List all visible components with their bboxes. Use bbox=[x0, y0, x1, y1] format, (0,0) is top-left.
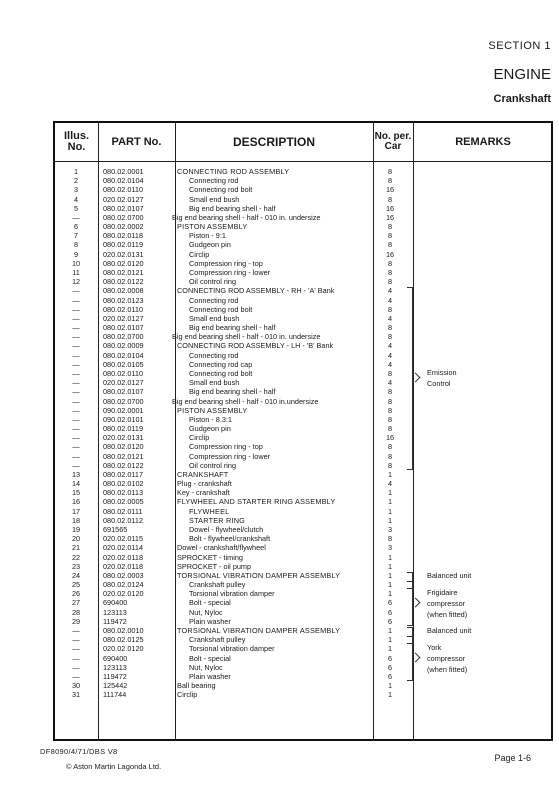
description: Connecting rod bolt bbox=[177, 305, 252, 314]
qty-per-car: 4 bbox=[375, 378, 405, 387]
part-no: 020.02.0131 bbox=[103, 433, 173, 442]
part-no: 111744 bbox=[103, 690, 173, 699]
qty-per-car: 4 bbox=[375, 286, 405, 295]
table-row: —080.02.0700Big end bearing shell - half… bbox=[55, 397, 551, 406]
part-no: 080.02.0008 bbox=[103, 286, 173, 295]
part-no: 020.02.0118 bbox=[103, 562, 173, 571]
part-no: 080.02.0111 bbox=[103, 507, 173, 516]
copyright: © Aston Martin Lagonda Ltd. bbox=[66, 762, 161, 771]
qty-per-car: 8 bbox=[375, 231, 405, 240]
illus-no: 2 bbox=[55, 176, 97, 185]
illus-no: 18 bbox=[55, 516, 97, 525]
part-no: 080.02.0120 bbox=[103, 259, 173, 268]
col-header-illus: Illus.No. bbox=[55, 123, 98, 161]
qty-per-car: 1 bbox=[375, 644, 405, 653]
part-no: 125442 bbox=[103, 681, 173, 690]
description: Big end bearing shell - half bbox=[177, 204, 275, 213]
description: Oil control ring bbox=[177, 277, 236, 286]
part-no: 020.02.0120 bbox=[103, 589, 173, 598]
illus-no: 24 bbox=[55, 571, 97, 580]
illus-no: — bbox=[55, 378, 97, 387]
description: FLYWHEEL AND STARTER RING ASSEMBLY bbox=[177, 497, 335, 506]
table-row: —090.02.0001PISTON ASSEMBLY8 bbox=[55, 406, 551, 415]
table-row: 9020.02.0131Circlip16 bbox=[55, 250, 551, 259]
part-no: 020.02.0120 bbox=[103, 644, 173, 653]
table-row: —080.02.0700Big end bearing shell - half… bbox=[55, 332, 551, 341]
part-no: 080.02.0118 bbox=[103, 231, 173, 240]
part-no: 080.02.0005 bbox=[103, 497, 173, 506]
description: STARTER RING bbox=[177, 516, 245, 525]
part-no: 020.02.0127 bbox=[103, 314, 173, 323]
illus-no: 1 bbox=[55, 167, 97, 176]
description: TORSIONAL VIBRATION DAMPER ASSEMBLY bbox=[177, 626, 340, 635]
part-no: 020.02.0114 bbox=[103, 543, 173, 552]
table-row: —080.02.0121Compression ring - lower8 bbox=[55, 452, 551, 461]
illus-no: 21 bbox=[55, 543, 97, 552]
illus-no: 25 bbox=[55, 580, 97, 589]
illus-no: 8 bbox=[55, 240, 97, 249]
illus-no: 31 bbox=[55, 690, 97, 699]
description: Bolt - flywheel/crankshaft bbox=[177, 534, 270, 543]
table-row: 31111744Circlip1 bbox=[55, 690, 551, 699]
table-row: —123113Nut, Nyloc6 bbox=[55, 663, 551, 672]
qty-per-car: 1 bbox=[375, 497, 405, 506]
description: SPROCKET - timing bbox=[177, 553, 243, 562]
part-no: 020.02.0127 bbox=[103, 378, 173, 387]
qty-per-car: 8 bbox=[375, 424, 405, 433]
description: Big end bearing shell - half - 010 in. u… bbox=[172, 332, 320, 341]
col-header-description: DESCRIPTION bbox=[175, 123, 373, 161]
description: Crankshaft pulley bbox=[177, 580, 245, 589]
part-no: 123113 bbox=[103, 608, 173, 617]
part-no: 123113 bbox=[103, 663, 173, 672]
illus-no: 5 bbox=[55, 204, 97, 213]
table-row: —080.02.0700Big end bearing shell - half… bbox=[55, 213, 551, 222]
part-no: 020.02.0118 bbox=[103, 553, 173, 562]
table-row: 26020.02.0120Torsional vibration damper1 bbox=[55, 589, 551, 598]
part-no: 080.02.0112 bbox=[103, 516, 173, 525]
qty-per-car: 4 bbox=[375, 360, 405, 369]
illus-no: 3 bbox=[55, 185, 97, 194]
illus-no: — bbox=[55, 654, 97, 663]
qty-per-car: 8 bbox=[375, 240, 405, 249]
table-row: —020.02.0131Circlip16 bbox=[55, 433, 551, 442]
illus-no: 10 bbox=[55, 259, 97, 268]
table-row: 1080.02.0001CONNECTING ROD ASSEMBLY8 bbox=[55, 167, 551, 176]
part-no: 080.02.0121 bbox=[103, 452, 173, 461]
illus-no: 17 bbox=[55, 507, 97, 516]
table-row: —080.02.0110Connecting rod bolt8 bbox=[55, 369, 551, 378]
illus-no: 11 bbox=[55, 268, 97, 277]
table-row: 27690400Bolt - special6 bbox=[55, 598, 551, 607]
qty-per-car: 1 bbox=[375, 589, 405, 598]
bracket bbox=[407, 572, 413, 589]
table-row: —080.02.0105Connecting rod cap4 bbox=[55, 360, 551, 369]
description: Dowel - crankshaft/flywheel bbox=[177, 543, 266, 552]
remark: Balanced unit bbox=[427, 570, 471, 581]
table-row: 15080.02.0113Key - crankshaft1 bbox=[55, 488, 551, 497]
description: Small end bush bbox=[177, 314, 239, 323]
description: Compression ring - top bbox=[177, 442, 263, 451]
table-row: —080.02.0125Crankshaft pulley1 bbox=[55, 635, 551, 644]
illus-no: — bbox=[55, 406, 97, 415]
qty-per-car: 3 bbox=[375, 525, 405, 534]
qty-per-car: 1 bbox=[375, 488, 405, 497]
illus-no: 15 bbox=[55, 488, 97, 497]
description: Connecting rod bolt bbox=[177, 369, 252, 378]
illus-no: — bbox=[55, 305, 97, 314]
illus-no: — bbox=[55, 415, 97, 424]
qty-per-car: 1 bbox=[375, 470, 405, 479]
part-no: 090.02.0101 bbox=[103, 415, 173, 424]
description: CONNECTING ROD ASSEMBLY - LH - 'B' Bank bbox=[177, 341, 333, 350]
qty-per-car: 8 bbox=[375, 332, 405, 341]
part-no: 020.02.0115 bbox=[103, 534, 173, 543]
part-no: 020.02.0127 bbox=[103, 195, 173, 204]
illus-no: 26 bbox=[55, 589, 97, 598]
illus-no: — bbox=[55, 286, 97, 295]
qty-per-car: 4 bbox=[375, 296, 405, 305]
qty-per-car: 4 bbox=[375, 351, 405, 360]
part-no: 080.02.0700 bbox=[103, 332, 173, 341]
illus-no: 20 bbox=[55, 534, 97, 543]
part-no: 080.02.0122 bbox=[103, 277, 173, 286]
table-row: —690400Bolt - special6 bbox=[55, 654, 551, 663]
remark: Balanced unit bbox=[427, 625, 471, 636]
description: Connecting rod bbox=[177, 351, 239, 360]
qty-per-car: 8 bbox=[375, 534, 405, 543]
qty-per-car: 1 bbox=[375, 690, 405, 699]
illus-no: 23 bbox=[55, 562, 97, 571]
table-row: —080.02.0104Connecting rod4 bbox=[55, 351, 551, 360]
table-row: 12080.02.0122Oil control ring8 bbox=[55, 277, 551, 286]
description: SPROCKET - oil pump bbox=[177, 562, 251, 571]
table-row: 4020.02.0127Small end bush8 bbox=[55, 195, 551, 204]
section-label: SECTION 1 bbox=[488, 40, 551, 52]
bracket bbox=[407, 627, 413, 644]
illus-no: — bbox=[55, 314, 97, 323]
qty-per-car: 16 bbox=[375, 213, 405, 222]
description: Compression ring - lower bbox=[177, 268, 270, 277]
description: Big end bearing shell - half - 010 in.un… bbox=[172, 397, 318, 406]
part-no: 080.02.0113 bbox=[103, 488, 173, 497]
illus-no: — bbox=[55, 341, 97, 350]
illus-no: — bbox=[55, 626, 97, 635]
illus-no: 7 bbox=[55, 231, 97, 240]
table-row: 17080.02.0111FLYWHEEL1 bbox=[55, 507, 551, 516]
illus-no: — bbox=[55, 332, 97, 341]
description: PISTON ASSEMBLY bbox=[177, 222, 247, 231]
description: Circlip bbox=[177, 250, 209, 259]
qty-per-car: 8 bbox=[375, 222, 405, 231]
document-code: DF8090/4/71/DBS V8 bbox=[40, 747, 118, 756]
table-row: 10080.02.0120Compression ring - top8 bbox=[55, 259, 551, 268]
description: Torsional vibration damper bbox=[177, 589, 275, 598]
table-row: 14080.02.0102Plug - crankshaft4 bbox=[55, 479, 551, 488]
table-row: 24080.02.0003TORSIONAL VIBRATION DAMPER … bbox=[55, 571, 551, 580]
table-row: 25080.02.0124Crankshaft pulley1 bbox=[55, 580, 551, 589]
illus-no: 4 bbox=[55, 195, 97, 204]
part-no: 080.02.0105 bbox=[103, 360, 173, 369]
description: Dowel - flywheel/clutch bbox=[177, 525, 263, 534]
description: TORSIONAL VIBRATION DAMPER ASSEMBLY bbox=[177, 571, 340, 580]
description: Gudgeon pin bbox=[177, 240, 231, 249]
part-no: 080.02.0123 bbox=[103, 296, 173, 305]
qty-per-car: 16 bbox=[375, 433, 405, 442]
part-no: 119472 bbox=[103, 617, 173, 626]
part-no: 080.02.0117 bbox=[103, 470, 173, 479]
part-no: 080.02.0003 bbox=[103, 571, 173, 580]
description: Crankshaft pulley bbox=[177, 635, 245, 644]
part-no: 080.02.0010 bbox=[103, 626, 173, 635]
part-no: 080.02.0002 bbox=[103, 222, 173, 231]
part-no: 080.02.0009 bbox=[103, 341, 173, 350]
description: CONNECTING ROD ASSEMBLY bbox=[177, 167, 289, 176]
description: Oil control ring bbox=[177, 461, 236, 470]
qty-per-car: 4 bbox=[375, 314, 405, 323]
part-no: 119472 bbox=[103, 672, 173, 681]
part-no: 080.02.0124 bbox=[103, 580, 173, 589]
remark: Yorkcompressor(when fitted) bbox=[427, 642, 467, 675]
part-no: 080.02.0700 bbox=[103, 213, 173, 222]
remark: EmissionControl bbox=[427, 367, 457, 389]
description: FLYWHEEL bbox=[177, 507, 229, 516]
description: Big end bearing shell - half bbox=[177, 323, 275, 332]
illus-no: — bbox=[55, 663, 97, 672]
qty-per-car: 8 bbox=[375, 387, 405, 396]
table-row: 16080.02.0005FLYWHEEL AND STARTER RING A… bbox=[55, 497, 551, 506]
illus-no: 14 bbox=[55, 479, 97, 488]
qty-per-car: 6 bbox=[375, 617, 405, 626]
part-no: 080.02.0107 bbox=[103, 387, 173, 396]
description: Big end bearing shell - half - 010 in. u… bbox=[172, 213, 320, 222]
part-no: 080.02.0125 bbox=[103, 635, 173, 644]
qty-per-car: 1 bbox=[375, 626, 405, 635]
description: Plug - crankshaft bbox=[177, 479, 232, 488]
qty-per-car: 8 bbox=[375, 176, 405, 185]
description: Compression ring - lower bbox=[177, 452, 270, 461]
illus-no: 30 bbox=[55, 681, 97, 690]
part-no: 690400 bbox=[103, 654, 173, 663]
illus-no: — bbox=[55, 387, 97, 396]
illus-no: — bbox=[55, 452, 97, 461]
qty-per-car: 8 bbox=[375, 259, 405, 268]
table-row: —020.02.0127Small end bush4 bbox=[55, 378, 551, 387]
qty-per-car: 8 bbox=[375, 268, 405, 277]
description: Connecting rod bbox=[177, 176, 239, 185]
qty-per-car: 1 bbox=[375, 580, 405, 589]
qty-per-car: 8 bbox=[375, 452, 405, 461]
table-row: 22020.02.0118SPROCKET - timing1 bbox=[55, 553, 551, 562]
illus-no: — bbox=[55, 461, 97, 470]
part-no: 080.02.0110 bbox=[103, 369, 173, 378]
table-row: 28123113Nut, Nyloc6 bbox=[55, 608, 551, 617]
part-no: 080.02.0120 bbox=[103, 442, 173, 451]
table-row: 13080.02.0117CRANKSHAFT1 bbox=[55, 470, 551, 479]
qty-per-car: 1 bbox=[375, 681, 405, 690]
description: Plain washer bbox=[177, 672, 231, 681]
illus-no: — bbox=[55, 442, 97, 451]
table-row: —080.02.0123Connecting rod4 bbox=[55, 296, 551, 305]
table-row: —080.02.0009CONNECTING ROD ASSEMBLY - LH… bbox=[55, 341, 551, 350]
illus-no: — bbox=[55, 644, 97, 653]
description: CRANKSHAFT bbox=[177, 470, 228, 479]
qty-per-car: 8 bbox=[375, 195, 405, 204]
description: Circlip bbox=[177, 433, 209, 442]
table-row: —080.02.0107Big end bearing shell - half… bbox=[55, 323, 551, 332]
table-row: 29119472Plain washer6 bbox=[55, 617, 551, 626]
illus-no: 13 bbox=[55, 470, 97, 479]
description: Connecting rod cap bbox=[177, 360, 252, 369]
table-row: —080.02.0119Gudgeon pin8 bbox=[55, 424, 551, 433]
part-no: 080.02.0700 bbox=[103, 397, 173, 406]
remark: Frigidairecompressor(when fitted) bbox=[427, 587, 467, 620]
description: Small end bush bbox=[177, 378, 239, 387]
part-no: 080.02.0110 bbox=[103, 305, 173, 314]
part-no: 080.02.0102 bbox=[103, 479, 173, 488]
table-row: 3080.02.0110Connecting rod bolt16 bbox=[55, 185, 551, 194]
qty-per-car: 4 bbox=[375, 479, 405, 488]
qty-per-car: 8 bbox=[375, 406, 405, 415]
table-row: —080.02.0122Oil control ring8 bbox=[55, 461, 551, 470]
table-row: 5080.02.0107Big end bearing shell - half… bbox=[55, 204, 551, 213]
qty-per-car: 3 bbox=[375, 543, 405, 552]
qty-per-car: 4 bbox=[375, 341, 405, 350]
table-row: 7080.02.0118Piston - 9:18 bbox=[55, 231, 551, 240]
description: Key - crankshaft bbox=[177, 488, 230, 497]
table-row: —080.02.0010TORSIONAL VIBRATION DAMPER A… bbox=[55, 626, 551, 635]
illus-no: — bbox=[55, 213, 97, 222]
part-no: 080.02.0119 bbox=[103, 424, 173, 433]
illus-no: — bbox=[55, 360, 97, 369]
part-no: 080.02.0121 bbox=[103, 268, 173, 277]
table-row: —020.02.0127Small end bush4 bbox=[55, 314, 551, 323]
description: Nut, Nyloc bbox=[177, 608, 223, 617]
table-row: —080.02.0120Compression ring - top8 bbox=[55, 442, 551, 451]
description: Plain washer bbox=[177, 617, 231, 626]
part-no: 080.02.0110 bbox=[103, 185, 173, 194]
parts-table: Illus.No. PART No. DESCRIPTION No. per.C… bbox=[53, 121, 553, 741]
qty-per-car: 1 bbox=[375, 553, 405, 562]
table-row: —119472Plain washer6 bbox=[55, 672, 551, 681]
qty-per-car: 8 bbox=[375, 415, 405, 424]
qty-per-car: 8 bbox=[375, 277, 405, 286]
illus-no: 12 bbox=[55, 277, 97, 286]
table-row: 2080.02.0104Connecting rod8 bbox=[55, 176, 551, 185]
illus-no: — bbox=[55, 351, 97, 360]
qty-per-car: 1 bbox=[375, 516, 405, 525]
qty-per-car: 1 bbox=[375, 507, 405, 516]
part-no: 020.02.0131 bbox=[103, 250, 173, 259]
description: Connecting rod bbox=[177, 296, 239, 305]
qty-per-car: 8 bbox=[375, 369, 405, 378]
table-row: 8080.02.0119Gudgeon pin8 bbox=[55, 240, 551, 249]
description: Small end bush bbox=[177, 195, 239, 204]
description: PISTON ASSEMBLY bbox=[177, 406, 247, 415]
description: Piston - 8.3:1 bbox=[177, 415, 232, 424]
part-no: 080.02.0107 bbox=[103, 323, 173, 332]
table-row: 30125442Ball bearing1 bbox=[55, 681, 551, 690]
part-no: 080.02.0119 bbox=[103, 240, 173, 249]
illus-no: — bbox=[55, 433, 97, 442]
table-row: —090.02.0101Piston - 8.3:18 bbox=[55, 415, 551, 424]
part-no: 690400 bbox=[103, 598, 173, 607]
description: Compression ring - top bbox=[177, 259, 263, 268]
description: Torsional vibration damper bbox=[177, 644, 275, 653]
part-no: 090.02.0001 bbox=[103, 406, 173, 415]
page-number: Page 1-6 bbox=[494, 753, 531, 763]
qty-per-car: 8 bbox=[375, 323, 405, 332]
part-no: 080.02.0001 bbox=[103, 167, 173, 176]
description: Piston - 9:1 bbox=[177, 231, 226, 240]
table-row: 19691565Dowel - flywheel/clutch3 bbox=[55, 525, 551, 534]
page-title: ENGINE bbox=[493, 66, 551, 83]
description: Nut, Nyloc bbox=[177, 663, 223, 672]
illus-no: — bbox=[55, 672, 97, 681]
illus-no: 22 bbox=[55, 553, 97, 562]
table-row: —080.02.0107Big end bearing shell - half… bbox=[55, 387, 551, 396]
illus-no: 9 bbox=[55, 250, 97, 259]
illus-no: 16 bbox=[55, 497, 97, 506]
part-no: 080.02.0122 bbox=[103, 461, 173, 470]
part-no: 080.02.0104 bbox=[103, 176, 173, 185]
description: CONNECTING ROD ASSEMBLY - RH - 'A' Bank bbox=[177, 286, 334, 295]
description: Bolt - special bbox=[177, 654, 231, 663]
qty-per-car: 8 bbox=[375, 461, 405, 470]
illus-no: 27 bbox=[55, 598, 97, 607]
description: Ball bearing bbox=[177, 681, 216, 690]
description: Gudgeon pin bbox=[177, 424, 231, 433]
table-row: —020.02.0120Torsional vibration damper1 bbox=[55, 644, 551, 653]
illus-no: — bbox=[55, 635, 97, 644]
part-no: 691565 bbox=[103, 525, 173, 534]
col-header-remarks: REMARKS bbox=[413, 123, 553, 161]
qty-per-car: 1 bbox=[375, 571, 405, 580]
illus-no: 29 bbox=[55, 617, 97, 626]
part-no: 080.02.0104 bbox=[103, 351, 173, 360]
illus-no: 28 bbox=[55, 608, 97, 617]
illus-no: 6 bbox=[55, 222, 97, 231]
qty-per-car: 8 bbox=[375, 397, 405, 406]
qty-per-car: 1 bbox=[375, 635, 405, 644]
page-subtitle: Crankshaft bbox=[494, 93, 551, 105]
qty-per-car: 6 bbox=[375, 608, 405, 617]
qty-per-car: 6 bbox=[375, 598, 405, 607]
col-header-qty: No. per.Car bbox=[373, 123, 413, 161]
illus-no: — bbox=[55, 296, 97, 305]
part-no: 080.02.0107 bbox=[103, 204, 173, 213]
description: Connecting rod bolt bbox=[177, 185, 252, 194]
illus-no: — bbox=[55, 424, 97, 433]
qty-per-car: 8 bbox=[375, 305, 405, 314]
table-row: 21020.02.0114Dowel - crankshaft/flywheel… bbox=[55, 543, 551, 552]
table-row: 20020.02.0115Bolt - flywheel/crankshaft8 bbox=[55, 534, 551, 543]
qty-per-car: 16 bbox=[375, 250, 405, 259]
table-row: 6080.02.0002PISTON ASSEMBLY8 bbox=[55, 222, 551, 231]
col-header-part-no: PART No. bbox=[98, 123, 175, 161]
description: Big end bearing shell - half bbox=[177, 387, 275, 396]
qty-per-car: 6 bbox=[375, 672, 405, 681]
qty-per-car: 8 bbox=[375, 442, 405, 451]
table-row: —080.02.0008CONNECTING ROD ASSEMBLY - RH… bbox=[55, 286, 551, 295]
illus-no: 19 bbox=[55, 525, 97, 534]
table-row: 11080.02.0121Compression ring - lower8 bbox=[55, 268, 551, 277]
description: Bolt - special bbox=[177, 598, 231, 607]
illus-no: — bbox=[55, 397, 97, 406]
qty-per-car: 16 bbox=[375, 185, 405, 194]
illus-no: — bbox=[55, 323, 97, 332]
qty-per-car: 6 bbox=[375, 663, 405, 672]
